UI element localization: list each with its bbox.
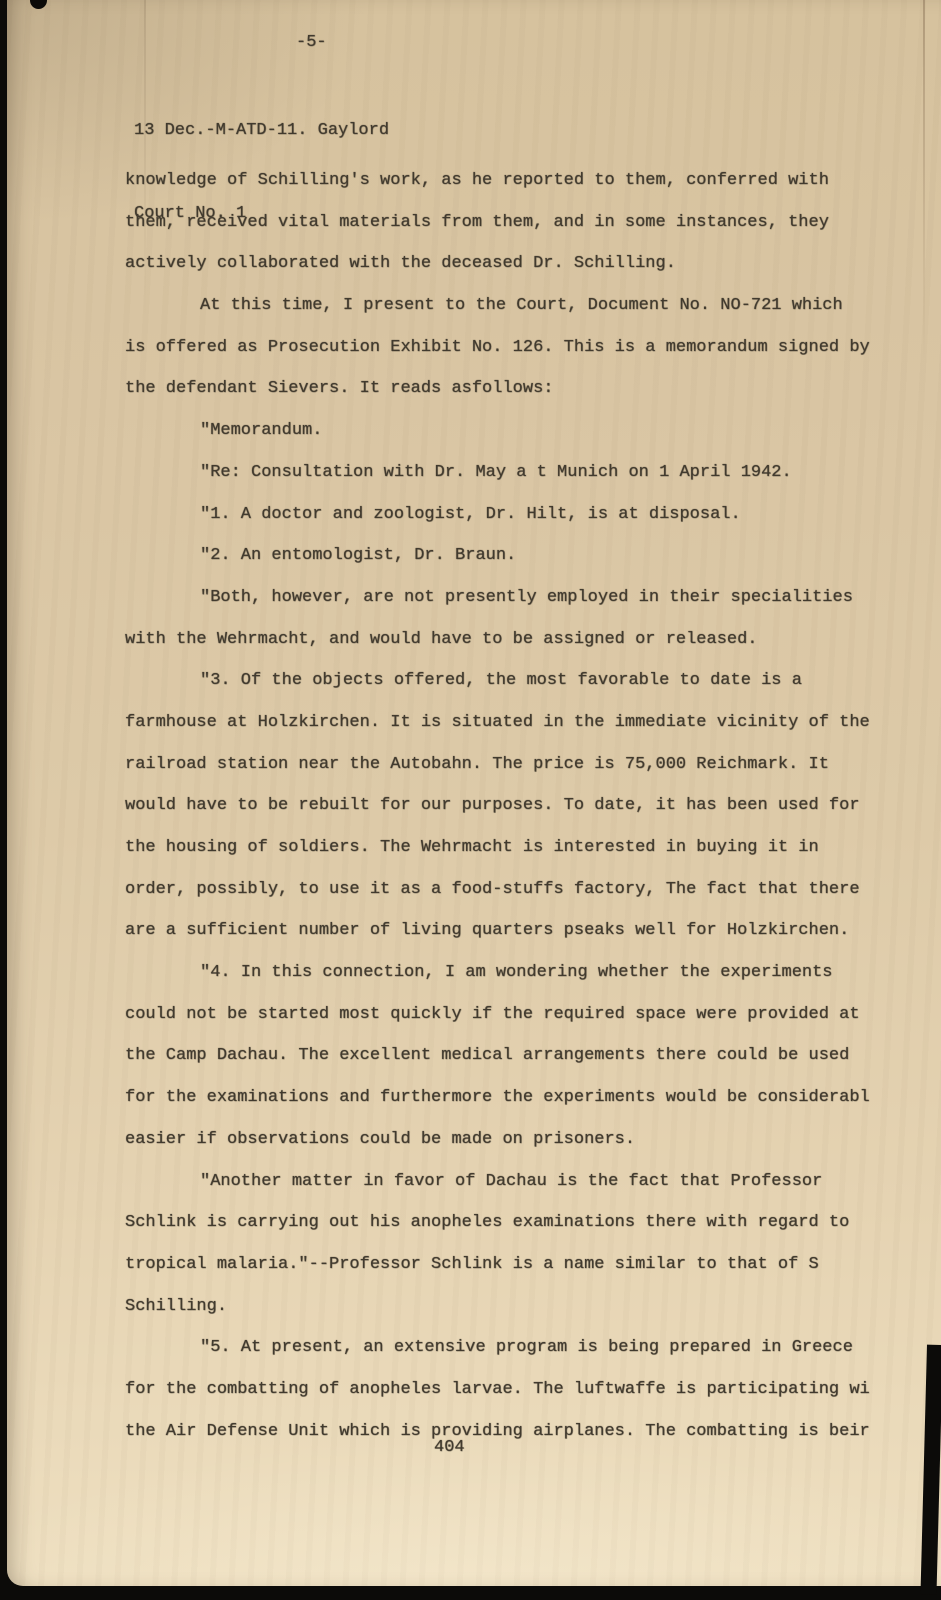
text-line: could not be started most quickly if the…: [125, 994, 913, 1036]
text-line: Schilling.: [125, 1286, 913, 1328]
text-line: for the combatting of anopheles larvae. …: [125, 1369, 913, 1411]
text-line: railroad station near the Autobahn. The …: [125, 744, 913, 786]
text-line: "Re: Consultation with Dr. May a t Munic…: [125, 452, 913, 494]
text-line: "3. Of the objects offered, the most fav…: [125, 660, 913, 702]
document-body: knowledge of Schilling's work, as he rep…: [125, 160, 913, 1452]
text-line: Schlink is carrying out his anopheles ex…: [125, 1202, 913, 1244]
text-line: order, possibly, to use it as a food-stu…: [125, 869, 913, 911]
text-line: "Memorandum.: [125, 410, 913, 452]
header-date-line: 13 Dec.-M-ATD-11. Gaylord: [134, 117, 389, 145]
text-line: the housing of soldiers. The Wehrmacht i…: [125, 827, 913, 869]
text-line: would have to be rebuilt for our purpose…: [125, 785, 913, 827]
text-line: with the Wehrmacht, and would have to be…: [125, 619, 913, 661]
text-line: "Another matter in favor of Dachau is th…: [125, 1161, 913, 1203]
text-line: At this time, I present to the Court, Do…: [125, 285, 913, 327]
text-line: the defendant Sievers. It reads asfollow…: [125, 368, 913, 410]
text-line: knowledge of Schilling's work, as he rep…: [125, 160, 913, 202]
text-line: "2. An entomologist, Dr. Braun.: [125, 535, 913, 577]
text-line: "Both, however, are not presently employ…: [125, 577, 913, 619]
text-line: is offered as Prosecution Exhibit No. 12…: [125, 327, 913, 369]
page-number-top: -5-: [296, 33, 327, 52]
text-line: are a sufficient number of living quarte…: [125, 910, 913, 952]
text-line: for the examinations and furthermore the…: [125, 1077, 913, 1119]
text-line: actively collaborated with the deceased …: [125, 243, 913, 285]
text-line: "1. A doctor and zoologist, Dr. Hilt, is…: [125, 494, 913, 536]
text-line: the Camp Dachau. The excellent medical a…: [125, 1035, 913, 1077]
text-line: tropical malaria."--Professor Schlink is…: [125, 1244, 913, 1286]
document-page: -5- 13 Dec.-M-ATD-11. Gaylord Court No. …: [7, 0, 941, 1586]
text-line: them, received vital materials from them…: [125, 202, 913, 244]
text-line: "5. At present, an extensive program is …: [125, 1327, 913, 1369]
page-number-bottom: 404: [434, 1438, 465, 1457]
text-line: farmhouse at Holzkirchen. It is situated…: [125, 702, 913, 744]
text-line: "4. In this connection, I am wondering w…: [125, 952, 913, 994]
paper-edge-crease-right: [923, 0, 925, 360]
text-line: the Air Defense Unit which is providing …: [125, 1411, 913, 1453]
text-line: easier if observations could be made on …: [125, 1119, 913, 1161]
